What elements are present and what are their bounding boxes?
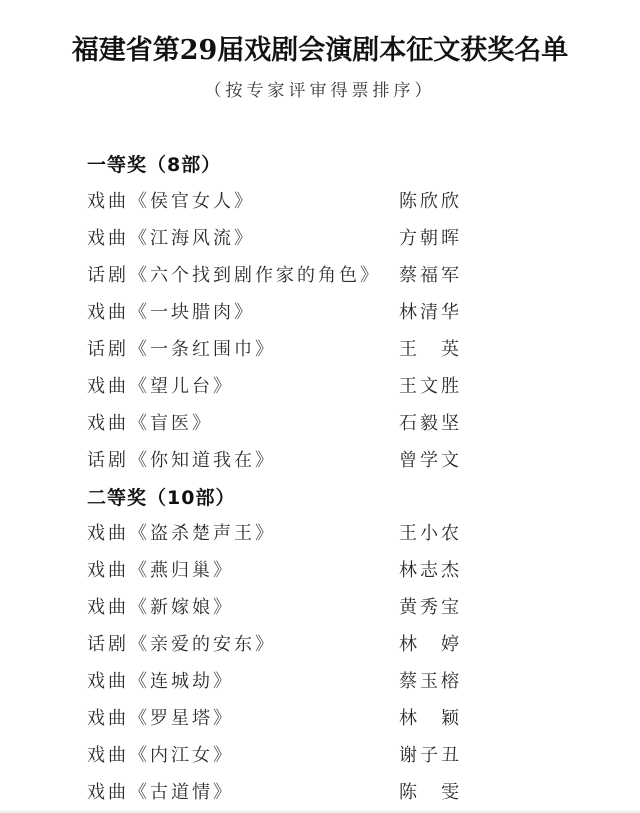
work-title: 戏曲《新嫁娘》: [87, 593, 234, 619]
section-heading-second-prize: 二等奖（10部）: [87, 483, 235, 510]
work-title: 话剧《你知道我在》: [87, 446, 276, 472]
author-name: 蔡福军: [399, 261, 462, 287]
list-item: 戏曲《燕归巢》林志杰: [87, 556, 487, 586]
work-title: 戏曲《江海风流》: [87, 224, 255, 250]
list-item: 话剧《亲爱的安东》林 婷: [87, 630, 487, 660]
work-title: 戏曲《一块腊肉》: [87, 298, 255, 324]
author-name: 林 颖: [399, 704, 462, 730]
work-title: 戏曲《侯官女人》: [87, 187, 255, 213]
list-item: 戏曲《江海风流》方朝晖: [87, 224, 487, 254]
author-name: 曾学文: [399, 446, 462, 472]
section-heading-first-prize: 一等奖（8部）: [87, 150, 221, 177]
page-title: 福建省第29届戏剧会演剧本征文获奖名单: [0, 28, 640, 67]
list-item: 戏曲《盗杀楚声王》王小农: [87, 519, 487, 549]
list-item: 话剧《一条红围巾》王 英: [87, 335, 487, 365]
author-name: 林志杰: [399, 556, 462, 582]
author-name: 王小农: [399, 519, 462, 545]
work-title: 戏曲《罗星塔》: [87, 704, 234, 730]
author-name: 王文胜: [399, 372, 462, 398]
author-name: 谢子丑: [399, 741, 462, 767]
list-item: 戏曲《一块腊肉》林清华: [87, 298, 487, 328]
author-name: 蔡玉榕: [399, 667, 462, 693]
author-name: 林 婷: [399, 630, 462, 656]
work-title: 戏曲《古道情》: [87, 778, 234, 804]
list-item: 戏曲《盲医》石毅坚: [87, 409, 487, 439]
author-name: 陈欣欣: [399, 187, 462, 213]
work-title: 话剧《亲爱的安东》: [87, 630, 276, 656]
author-name: 陈 雯: [399, 778, 462, 804]
work-title: 话剧《六个找到剧作家的角色》: [87, 261, 381, 287]
list-item: 话剧《你知道我在》曾学文: [87, 446, 487, 476]
author-name: 黄秀宝: [399, 593, 462, 619]
work-title: 话剧《一条红围巾》: [87, 335, 276, 361]
list-item: 戏曲《罗星塔》林 颖: [87, 704, 487, 734]
list-item: 戏曲《连城劫》蔡玉榕: [87, 667, 487, 697]
work-title: 戏曲《望儿台》: [87, 372, 234, 398]
list-item: 戏曲《望儿台》王文胜: [87, 372, 487, 402]
list-item: 戏曲《内江女》谢子丑: [87, 741, 487, 771]
list-item: 戏曲《古道情》陈 雯: [87, 778, 487, 808]
author-name: 王 英: [399, 335, 462, 361]
work-title: 戏曲《燕归巢》: [87, 556, 234, 582]
page-subtitle: （按专家评审得票排序）: [0, 76, 640, 101]
author-name: 石毅坚: [399, 409, 462, 435]
list-item: 戏曲《侯官女人》陈欣欣: [87, 187, 487, 217]
list-item: 话剧《六个找到剧作家的角色》蔡福军: [87, 261, 487, 291]
work-title: 戏曲《内江女》: [87, 741, 234, 767]
list-item: 戏曲《新嫁娘》黄秀宝: [87, 593, 487, 623]
work-title: 戏曲《连城劫》: [87, 667, 234, 693]
work-title: 戏曲《盲医》: [87, 409, 213, 435]
work-title: 戏曲《盗杀楚声王》: [87, 519, 276, 545]
author-name: 方朝晖: [399, 224, 462, 250]
author-name: 林清华: [399, 298, 462, 324]
